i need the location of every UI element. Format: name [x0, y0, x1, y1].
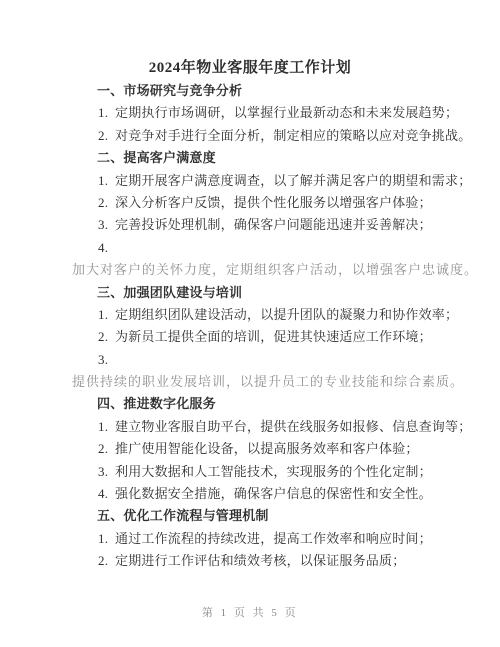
- item-number: 1.: [98, 102, 115, 124]
- item-text: 利用大数据和人工智能技术，实现服务的个性化定制；: [115, 464, 432, 479]
- item-text: 强化数据安全措施，确保客户信息的保密性和安全性。: [115, 486, 432, 501]
- list-item: 1.通过工作流程的持续改进，提高工作效率和响应时间；: [0, 528, 500, 550]
- item-number: 1.: [98, 416, 115, 438]
- item-text: 深入分析客户反馈，提供个性化服务以增强客户体验；: [115, 195, 432, 210]
- continuation-note: 提供持续的职业发展培训，以提升员工的专业技能和综合素质。: [0, 371, 500, 393]
- item-number: 1.: [98, 304, 115, 326]
- list-item: 3.完善投诉处理机制，确保客户问题能迅速并妥善解决；: [0, 214, 500, 236]
- list-item: 2.推广使用智能化设备，以提高服务效率和客户体验；: [0, 438, 500, 460]
- list-item: 2.为新员工提供全面的培训，促进其快速适应工作环境；: [0, 326, 500, 348]
- list-item: 2.深入分析客户反馈，提供个性化服务以增强客户体验；: [0, 192, 500, 214]
- list-item: 1.定期组织团队建设活动，以提升团队的凝聚力和协作效率；: [0, 304, 500, 326]
- section-heading: 一、市场研究与竞争分析: [0, 80, 500, 102]
- list-item: 3.利用大数据和人工智能技术，实现服务的个性化定制；: [0, 461, 500, 483]
- item-number: 2.: [98, 550, 115, 572]
- list-item: 2.对竞争对手进行全面分析，制定相应的策略以应对竞争挑战。: [0, 125, 500, 147]
- item-number: 3.: [98, 349, 115, 371]
- continuation-note: 加大对客户的关怀力度，定期组织客户活动，以增强客户忠诚度。: [0, 259, 500, 281]
- item-text: 为新员工提供全面的培训，促进其快速适应工作环境；: [115, 329, 432, 344]
- item-text: 完善投诉处理机制，确保客户问题能迅速并妥善解决；: [115, 217, 432, 232]
- item-number: 2.: [98, 438, 115, 460]
- list-item: 2.定期进行工作评估和绩效考核，以保证服务品质；: [0, 550, 500, 572]
- item-text: 定期执行市场调研，以掌握行业最新动态和未来发展趋势；: [115, 105, 458, 120]
- section-heading: 二、提高客户满意度: [0, 147, 500, 169]
- item-number: 3.: [98, 214, 115, 236]
- list-item: 1.定期执行市场调研，以掌握行业最新动态和未来发展趋势；: [0, 102, 500, 124]
- item-number: 1.: [98, 528, 115, 550]
- item-text: 建立物业客服自助平台，提供在线服务如报修、信息查询等；: [115, 419, 471, 434]
- item-number: 2.: [98, 125, 115, 147]
- item-text: 定期开展客户满意度调查，以了解并满足客户的期望和需求；: [115, 173, 471, 188]
- item-number: 2.: [98, 192, 115, 214]
- page-number: 第 1 页 共 5 页: [0, 604, 500, 620]
- item-text: 定期进行工作评估和绩效考核，以保证服务品质；: [115, 553, 405, 568]
- item-number: 1.: [98, 170, 115, 192]
- item-text: 定期组织团队建设活动，以提升团队的凝聚力和协作效率；: [115, 307, 458, 322]
- item-text: 通过工作流程的持续改进，提高工作效率和响应时间；: [115, 531, 432, 546]
- page-title: 2024年物业客服年度工作计划: [0, 57, 500, 80]
- section-heading: 三、加强团队建设与培训: [0, 282, 500, 304]
- document-content: 2024年物业客服年度工作计划 一、市场研究与竞争分析 1.定期执行市场调研，以…: [0, 0, 500, 573]
- list-item: 1.建立物业客服自助平台，提供在线服务如报修、信息查询等；: [0, 416, 500, 438]
- document-page: 2024年物业客服年度工作计划 一、市场研究与竞争分析 1.定期执行市场调研，以…: [0, 0, 500, 647]
- list-item: 1.定期开展客户满意度调查，以了解并满足客户的期望和需求；: [0, 170, 500, 192]
- section-heading: 四、推进数字化服务: [0, 393, 500, 415]
- list-item: 4.强化数据安全措施，确保客户信息的保密性和安全性。: [0, 483, 500, 505]
- item-number: 2.: [98, 326, 115, 348]
- list-item: 3.: [0, 349, 500, 371]
- item-number: 3.: [98, 461, 115, 483]
- item-text: 推广使用智能化设备，以提高服务效率和客户体验；: [115, 441, 419, 456]
- list-item: 4.: [0, 237, 500, 259]
- item-text: 对竞争对手进行全面分析，制定相应的策略以应对竞争挑战。: [115, 128, 471, 143]
- item-number: 4.: [98, 237, 115, 259]
- section-heading: 五、优化工作流程与管理机制: [0, 505, 500, 527]
- item-number: 4.: [98, 483, 115, 505]
